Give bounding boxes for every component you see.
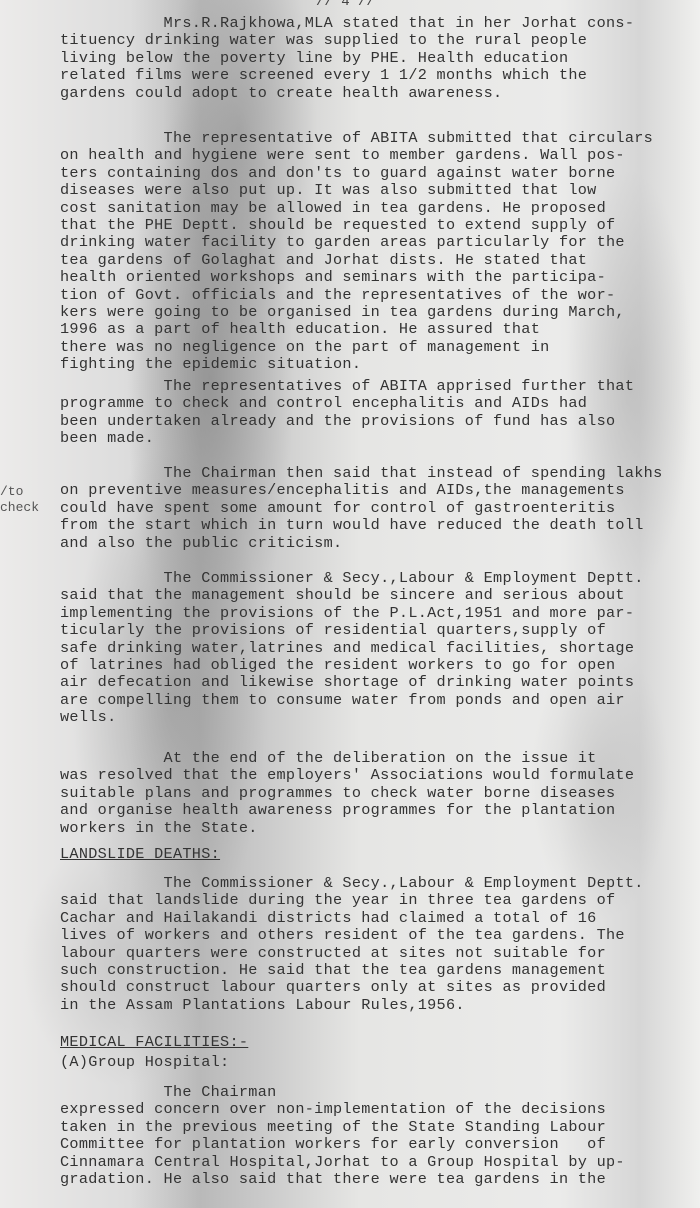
paragraph-line: programme to check and control encephali… — [60, 395, 587, 412]
section-heading: MEDICAL FACILITIES:- — [60, 1034, 248, 1051]
paragraph-line: health oriented workshops and seminars w… — [60, 269, 606, 286]
section-line: lives of workers and others resident of … — [60, 927, 625, 944]
paragraph-line: Mrs.R.Rajkhowa,MLA stated that in her Jo… — [60, 15, 634, 32]
section-line: expressed concern over non-implementatio… — [60, 1101, 606, 1118]
paragraph-line: implementing the provisions of the P.L.A… — [60, 605, 634, 622]
section-line: Cinnamara Central Hospital,Jorhat to a G… — [60, 1154, 625, 1171]
paragraph-line: tituency drinking water was supplied to … — [60, 32, 587, 49]
paragraph-line: The representatives of ABITA apprised fu… — [60, 378, 634, 395]
paragraph-line: and organise health awareness programmes… — [60, 802, 615, 819]
section-line: The Commissioner & Secy.,Labour & Employ… — [60, 875, 644, 892]
paragraph-line: At the end of the deliberation on the is… — [60, 750, 597, 767]
paragraph-line: ticularly the provisions of residential … — [60, 622, 606, 639]
paragraph-line: are compelling them to consume water fro… — [60, 692, 625, 709]
section-line: such construction. He said that the tea … — [60, 962, 606, 979]
paragraph-line: fighting the epidemic situation. — [60, 356, 361, 373]
paragraph-line: and also the public criticism. — [60, 535, 342, 552]
paragraph-line: of latrines had obliged the resident wor… — [60, 657, 615, 674]
margin-note-line-1: /to — [0, 484, 23, 499]
paragraph-line: drinking water facility to garden areas … — [60, 234, 625, 251]
paragraph-line: safe drinking water,latrines and medical… — [60, 640, 634, 657]
paragraph-line: tea gardens of Golaghat and Jorhat dists… — [60, 252, 587, 269]
paragraph-line: wells. — [60, 709, 116, 726]
paragraph-line: tion of Govt. officials and the represen… — [60, 287, 615, 304]
paragraph-line: ters containing dos and don'ts to guard … — [60, 165, 615, 182]
section-line: in the Assam Plantations Labour Rules,19… — [60, 997, 465, 1014]
paragraph-line: workers in the State. — [60, 820, 258, 837]
section-line: said that landslide during the year in t… — [60, 892, 615, 909]
paragraph-line: was resolved that the employers' Associa… — [60, 767, 634, 784]
paragraph-line: related films were screened every 1 1/2 … — [60, 67, 587, 84]
paragraph-line: that the PHE Deptt. should be requested … — [60, 217, 615, 234]
paragraph-line: been undertaken already and the provisio… — [60, 413, 615, 430]
paragraph-line: kers were going to be organised in tea g… — [60, 304, 625, 321]
section-line: Committee for plantation workers for ear… — [60, 1136, 606, 1153]
paragraph-line: The Commissioner & Secy.,Labour & Employ… — [60, 570, 644, 587]
paragraph-line: The Chairman then said that instead of s… — [60, 465, 663, 482]
paragraph-line: been made. — [60, 430, 154, 447]
section-line: gradation. He also said that there were … — [60, 1171, 606, 1188]
paragraph-line: said that the management should be since… — [60, 587, 625, 604]
paragraph-line: The representative of ABITA submitted th… — [60, 130, 653, 147]
paragraph-line: diseases were also put up. It was also s… — [60, 182, 597, 199]
paragraph-line: from the start which in turn would have … — [60, 517, 644, 534]
section-heading: LANDSLIDE DEATHS: — [60, 846, 220, 863]
document-page: // 4 // /to check Mrs.R.Rajkhowa,MLA sta… — [0, 0, 700, 1208]
paragraph-line: cost sanitation may be allowed in tea ga… — [60, 200, 606, 217]
paragraph-line: gardens could adopt to create health awa… — [60, 85, 502, 102]
paragraph-line: suitable plans and programmes to check w… — [60, 785, 615, 802]
section-line: should construct labour quarters only at… — [60, 979, 606, 996]
paragraph-line: on health and hygiene were sent to membe… — [60, 147, 625, 164]
paragraph-line: there was no negligence on the part of m… — [60, 339, 550, 356]
section-line: labour quarters were constructed at site… — [60, 945, 606, 962]
section-line: taken in the previous meeting of the Sta… — [60, 1119, 606, 1136]
section-subheading: (A)Group Hospital: — [60, 1054, 229, 1071]
paragraph-line: air defecation and likewise shortage of … — [60, 674, 634, 691]
paragraph-line: could have spent some amount for control… — [60, 500, 615, 517]
margin-note-line-2: check — [0, 500, 39, 515]
page-number: // 4 // — [316, 0, 375, 10]
section-line: Cachar and Hailakandi districts had clai… — [60, 910, 597, 927]
section-line: The Chairman — [60, 1084, 277, 1101]
paragraph-line: on preventive measures/encephalitis and … — [60, 482, 625, 499]
paragraph-line: living below the poverty line by PHE. He… — [60, 50, 568, 67]
paragraph-line: 1996 as a part of health education. He a… — [60, 321, 540, 338]
